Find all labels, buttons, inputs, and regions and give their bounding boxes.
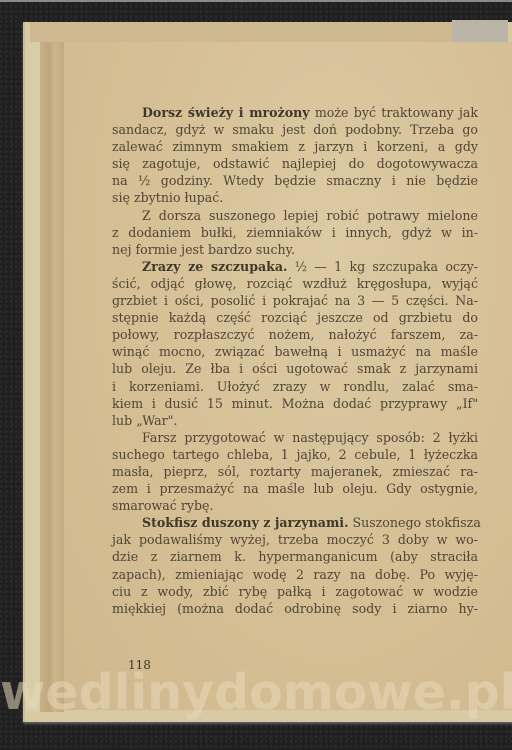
text-line: lub oleju. Ze łba i ości ugotować smak z…	[112, 360, 478, 377]
text-line: lub „War".	[112, 412, 478, 429]
text-line: miękkiej (można dodać odrobinę sody i zi…	[112, 600, 478, 617]
cover-top-edge	[30, 22, 506, 42]
text-line: Farsz przygotować w następujący sposób: …	[112, 429, 478, 446]
text-line: masła, pieprz, sól, roztarty majeranek, …	[112, 463, 478, 480]
text-line: z dodaniem bułki, ziemniaków i innych, g…	[112, 224, 478, 241]
text-line: się zbytnio łupać.	[112, 189, 478, 206]
text-line: ciu z wody, zbić rybę pałką i zagotować …	[112, 583, 478, 600]
cover-corner	[452, 20, 508, 42]
text-line: winąć mocno, związać bawełną i usmażyć n…	[112, 343, 478, 360]
text-line: połowy, rozpłaszczyć nożem, nałożyć fars…	[112, 326, 478, 343]
text-line: Z dorsza suszonego lepiej robić potrawy …	[112, 207, 478, 224]
text-line: i korzeniami. Ułożyć zrazy w rondlu, zal…	[112, 378, 478, 395]
text-line: dzie z ziarnem k. hypermanganicum (aby s…	[112, 548, 478, 565]
heading-dorsz: Dorsz świeży i mrożony	[142, 105, 310, 120]
page-stack-edge	[40, 42, 64, 712]
text-line: zem i przesmażyć na maśle lub oleju. Gdy…	[112, 480, 478, 497]
page-edge	[26, 42, 40, 712]
text-line: jak podawaliśmy wyżej, trzeba moczyć 3 d…	[112, 531, 478, 548]
text-line: nej formie jest bardzo suchy.	[112, 241, 478, 258]
watermark: wedlinydomowe.pl	[0, 664, 512, 721]
page-text: Dorsz świeży i mrożony może być traktowa…	[112, 104, 478, 617]
text-line: sandacz, gdyż w smaku jest doń podobny. …	[112, 121, 478, 138]
text-line: się zagotuje, odstawić najlepiej do dogo…	[112, 155, 478, 172]
text-line: ścić, odjąć głowę, rozciąć wzdłuż kręgos…	[112, 275, 478, 292]
text-line: stępnie każdą część rozciąć jeszcze od g…	[112, 309, 478, 326]
heading-zrazy: Zrazy ze szczupaka.	[142, 259, 287, 274]
paragraph-dorsz-suszony: Z dorsza suszonego lepiej robić potrawy …	[112, 207, 478, 258]
paragraph-stokfisz: Stokfisz duszony z jarzynami. Suszonego …	[112, 514, 478, 617]
text-line: kiem i dusić 15 minut. Można dodać przyp…	[112, 395, 478, 412]
paragraph-zrazy: Zrazy ze szczupaka. ½ — 1 kg szczupaka o…	[112, 258, 478, 429]
top-edge	[0, 0, 512, 2]
paragraph-dorsz: Dorsz świeży i mrożony może być traktowa…	[112, 104, 478, 207]
text-line: suchego tartego chleba, 1 jajko, 2 cebul…	[112, 446, 478, 463]
text-line: zapach), zmieniając wodę 2 razy na dobę.…	[112, 566, 478, 583]
text-line: na ½ godziny. Wtedy będzie smaczny i nie…	[112, 172, 478, 189]
text-line: zalewać zimnym smakiem z jarzyn i korzen…	[112, 138, 478, 155]
paragraph-farsz: Farsz przygotować w następujący sposób: …	[112, 429, 478, 514]
text-line: smarować rybę.	[112, 497, 478, 514]
heading-stokfisz: Stokfisz duszony z jarzynami.	[142, 515, 348, 530]
text-line: grzbiet i ości, posolić i pokrajać na 3 …	[112, 292, 478, 309]
